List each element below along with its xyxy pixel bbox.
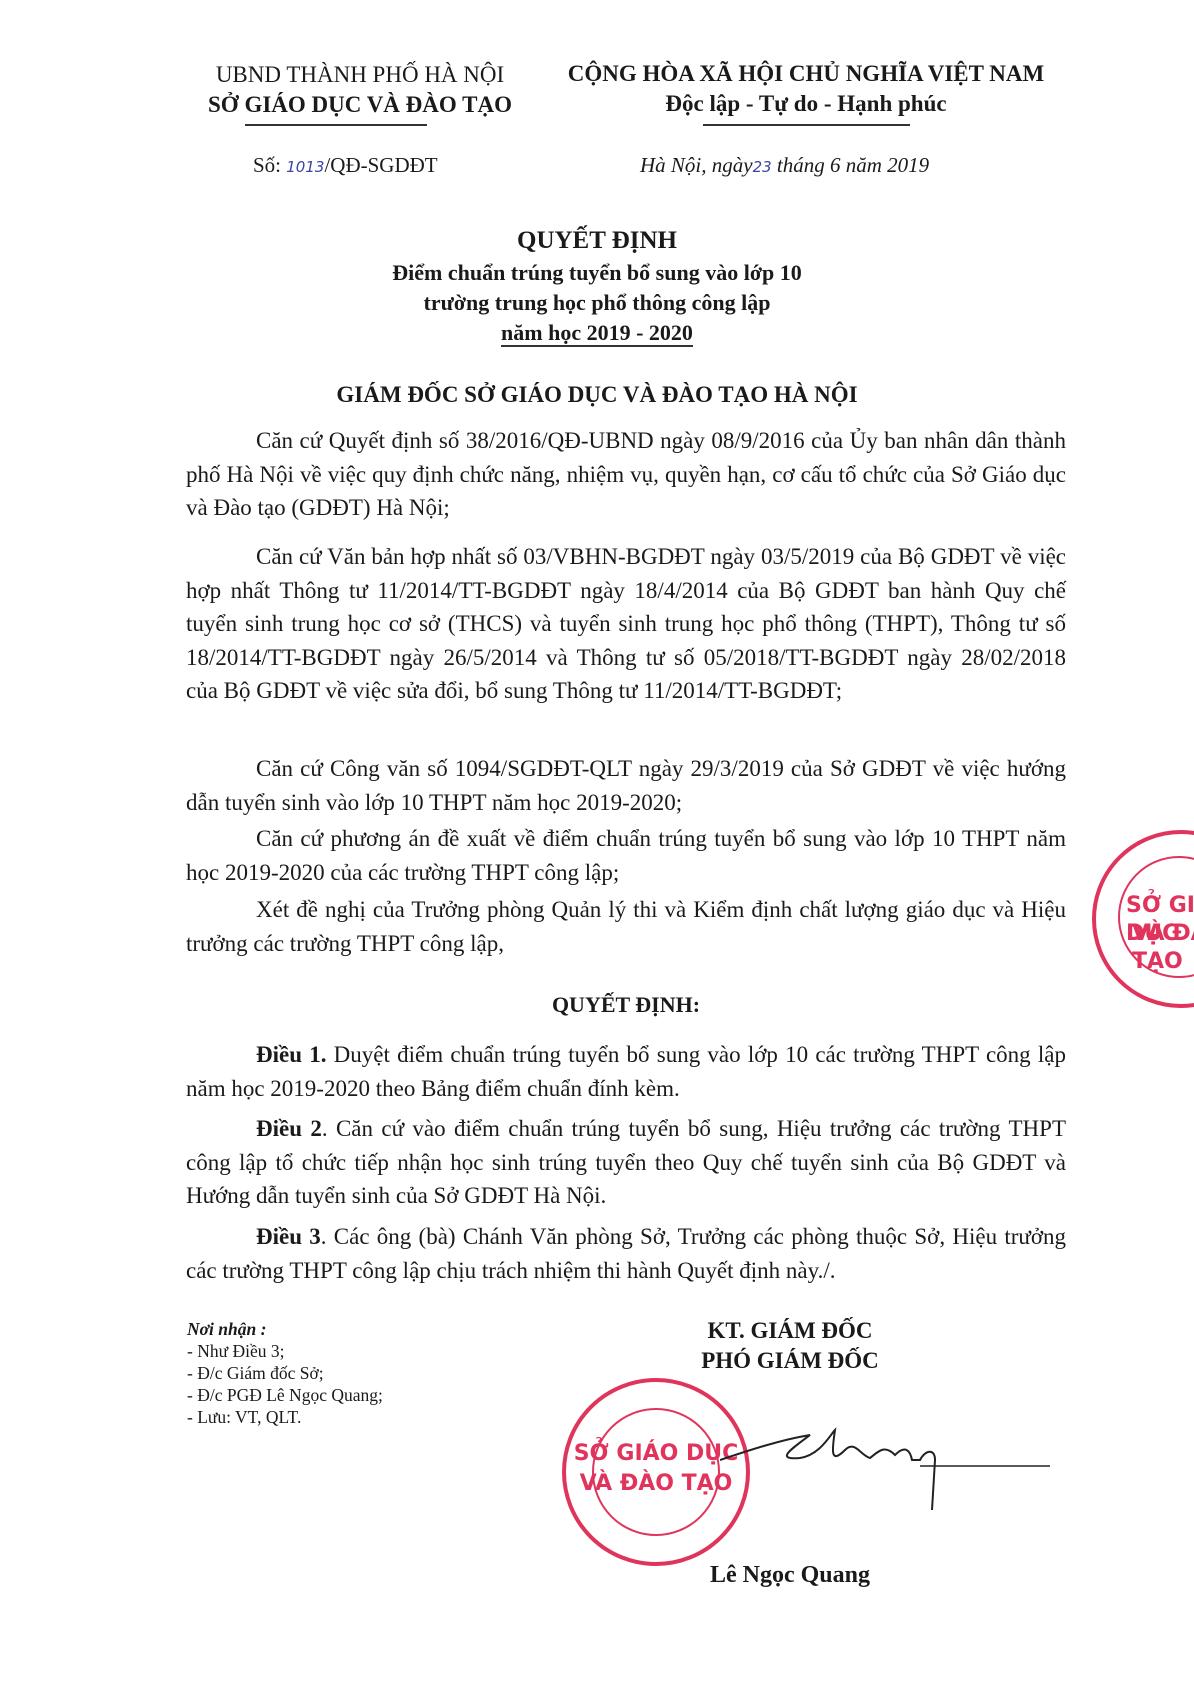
header-left-underline	[245, 124, 427, 126]
signer-name: Lê Ngọc Quang	[640, 1562, 940, 1589]
stamp-text-2: VÀ ĐÀO TẠO	[566, 1470, 746, 1498]
header-national-motto: Độc lập - Tự do - Hạnh phúc	[556, 91, 1056, 117]
document-subtitle-1: Điểm chuẩn trúng tuyển bổ sung vào lớp 1…	[0, 260, 1194, 286]
issuing-authority: GIÁM ĐỐC SỞ GIÁO DỤC VÀ ĐÀO TẠO HÀ NỘI	[0, 382, 1194, 408]
signature-title-1: KT. GIÁM ĐỐC	[640, 1318, 940, 1344]
edge-stamp: SỞ GIÁO DỤC VÀ ĐÀO TẠO	[1092, 830, 1194, 1008]
recipient-item: - Lưu: VT, QLT.	[187, 1406, 383, 1428]
recipients-block: Nơi nhận : - Như Điều 3; - Đ/c Giám đốc …	[187, 1318, 383, 1428]
preamble-2: Căn cứ Văn bản hợp nhất số 03/VBHN-BGDĐT…	[186, 540, 1066, 708]
article-1: Điều 1. Duyệt điểm chuẩn trúng tuyển bổ …	[186, 1038, 1066, 1105]
handwritten-number: 1013	[286, 158, 324, 176]
preamble-5: Xét đề nghị của Trưởng phòng Quản lý thi…	[186, 893, 1066, 960]
edge-stamp-text-2: VÀ ĐÀO TẠO	[1096, 920, 1194, 976]
recipients-title: Nơi nhận :	[187, 1318, 383, 1340]
recipient-item: - Như Điều 3;	[187, 1340, 383, 1362]
header-national-title: CỘNG HÒA XÃ HỘI CHỦ NGHĨA VIỆT NAM	[556, 61, 1056, 87]
document-subtitle-3: năm học 2019 - 2020	[0, 320, 1194, 346]
article-3: Điều 3. Các ông (bà) Chánh Văn phòng Sở,…	[186, 1220, 1066, 1287]
handwritten-day: 23	[753, 158, 772, 176]
article-2: Điều 2. Căn cứ vào điểm chuẩn trúng tuyể…	[186, 1112, 1066, 1213]
document-subtitle-2: trường trung học phổ thông công lập	[0, 290, 1194, 316]
signature-title-2: PHÓ GIÁM ĐỐC	[640, 1348, 940, 1374]
document-number: Số: 1013/QĐ-SGDĐT	[253, 153, 438, 178]
document-title: QUYẾT ĐỊNH	[0, 227, 1194, 255]
recipient-item: - Đ/c Giám đốc Sở;	[187, 1362, 383, 1384]
header-right-underline	[703, 124, 910, 126]
preamble-3: Căn cứ Công văn số 1094/SGDĐT-QLT ngày 2…	[186, 752, 1066, 819]
preamble-1: Căn cứ Quyết định số 38/2016/QĐ-UBND ngà…	[186, 424, 1066, 525]
preamble-4: Căn cứ phương án đề xuất về điểm chuẩn t…	[186, 822, 1066, 889]
header-agency-parent: UBND THÀNH PHỐ HÀ NỘI	[190, 62, 530, 88]
header-agency: SỞ GIÁO DỤC VÀ ĐÀO TẠO	[180, 92, 540, 118]
handwritten-signature	[720, 1420, 1050, 1510]
stamp-text-1: SỞ GIÁO DỤC	[566, 1440, 746, 1468]
document-date: Hà Nội, ngày23 tháng 6 năm 2019	[640, 153, 929, 178]
decision-heading: QUYẾT ĐỊNH:	[186, 992, 1066, 1018]
recipient-item: - Đ/c PGĐ Lê Ngọc Quang;	[187, 1384, 383, 1406]
